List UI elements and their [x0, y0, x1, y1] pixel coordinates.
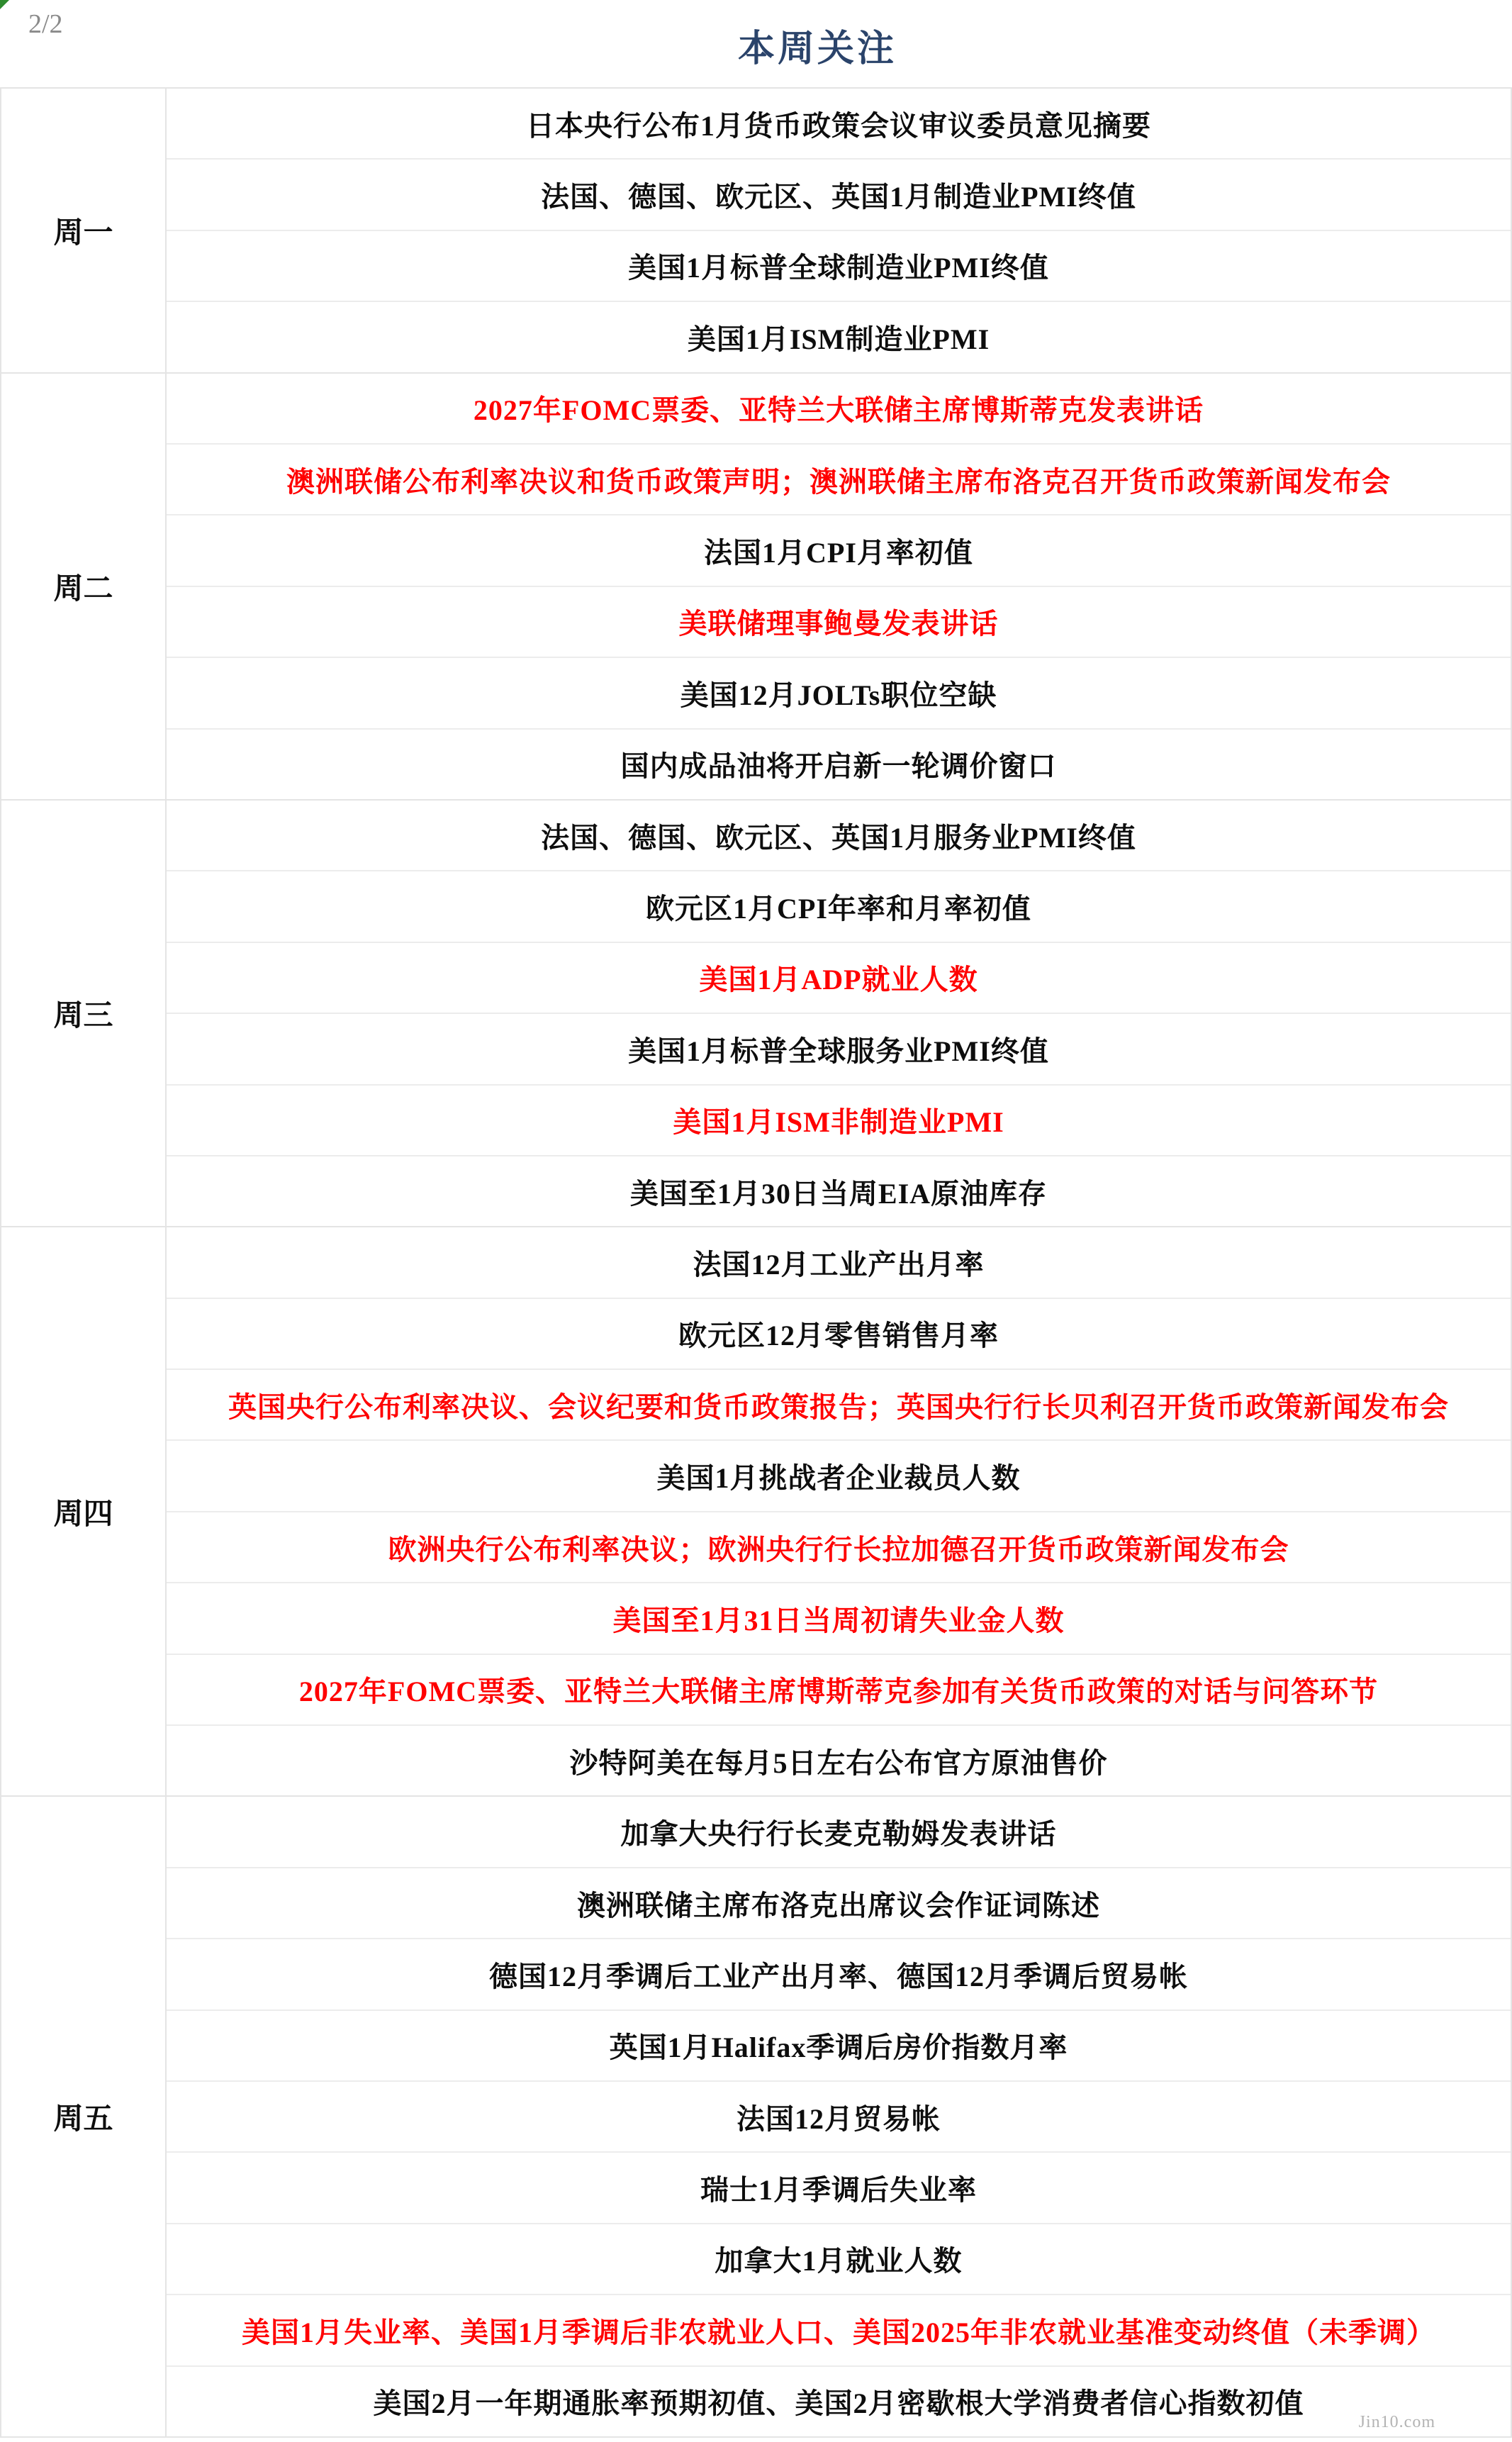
event-text: 加拿大1月就业人数 — [715, 2238, 963, 2279]
page-header: 2/2 本周关注 — [0, 0, 1512, 87]
event-row: 欧洲央行公布利率决议；欧洲央行行长拉加德召开货币政策新闻发布会 — [167, 1512, 1511, 1583]
section-tuesday: 周二2027年FOMC票委、亚特兰大联储主席博斯蒂克发表讲话澳洲联储公布利率决议… — [1, 374, 1511, 801]
event-row: 沙特阿美在每月5日左右公布官方原油售价 — [167, 1726, 1511, 1795]
event-row: 澳洲联储公布利率决议和货币政策声明；澳洲联储主席布洛克召开货币政策新闻发布会 — [167, 445, 1511, 515]
day-label-thursday: 周四 — [1, 1227, 167, 1795]
event-text: 沙特阿美在每月5日左右公布官方原油售价 — [570, 1741, 1108, 1781]
event-row: 美国2月一年期通胀率预期初值、美国2月密歇根大学消费者信心指数初值 — [167, 2367, 1511, 2436]
event-text: 澳洲联储主席布洛克出席议会作证词陈述 — [577, 1883, 1100, 1924]
event-text: 美国1月标普全球服务业PMI终值 — [628, 1029, 1049, 1069]
event-text-highlighted: 美国1月ADP就业人数 — [699, 957, 978, 998]
event-text: 英国1月Halifax季调后房价指数月率 — [610, 2025, 1068, 2065]
section-monday: 周一日本央行公布1月货币政策会议审议委员意见摘要法国、德国、欧元区、英国1月制造… — [1, 89, 1511, 374]
event-text: 法国12月贸易帐 — [737, 2097, 941, 2137]
event-text: 欧元区12月零售销售月率 — [678, 1313, 999, 1354]
day-label-monday: 周一 — [1, 89, 167, 372]
event-text-highlighted: 美国1月ISM非制造业PMI — [673, 1100, 1004, 1140]
event-row: 法国12月贸易帐 — [167, 2082, 1511, 2153]
event-text: 国内成品油将开启新一轮调价窗口 — [621, 744, 1057, 784]
event-text: 美国12月JOLTs职位空缺 — [681, 673, 997, 713]
page-number: 2/2 — [28, 9, 63, 40]
section-thursday: 周四法国12月工业产出月率欧元区12月零售销售月率英国央行公布利率决议、会议纪要… — [1, 1227, 1511, 1797]
event-text: 法国12月工业产出月率 — [693, 1242, 985, 1283]
day-label-friday: 周五 — [1, 1797, 167, 2436]
event-row: 美国1月ISM制造业PMI — [167, 302, 1511, 372]
event-row: 2027年FOMC票委、亚特兰大联储主席博斯蒂克参加有关货币政策的对话与问答环节 — [167, 1655, 1511, 1726]
event-text: 日本央行公布1月货币政策会议审议委员意见摘要 — [526, 104, 1151, 144]
event-row: 法国1月CPI月率初值 — [167, 515, 1511, 586]
event-text-highlighted: 2027年FOMC票委、亚特兰大联储主席博斯蒂克参加有关货币政策的对话与问答环节 — [299, 1669, 1378, 1710]
event-text-highlighted: 英国央行公布利率决议、会议纪要和货币政策报告；英国央行行长贝利召开货币政策新闻发… — [228, 1385, 1449, 1425]
event-row: 瑞士1月季调后失业率 — [167, 2153, 1511, 2224]
event-row: 英国央行公布利率决议、会议纪要和货币政策报告；英国央行行长贝利召开货币政策新闻发… — [167, 1370, 1511, 1441]
event-text: 瑞士1月季调后失业率 — [700, 2168, 977, 2208]
event-text: 德国12月季调后工业产出月率、德国12月季调后贸易帐 — [489, 1954, 1188, 1995]
event-row: 美国至1月30日当周EIA原油库存 — [167, 1156, 1511, 1226]
event-text: 美国1月标普全球制造业PMI终值 — [628, 245, 1049, 286]
section-friday: 周五加拿大央行行长麦克勒姆发表讲话澳洲联储主席布洛克出席议会作证词陈述德国12月… — [1, 1797, 1511, 2438]
event-row: 欧元区1月CPI年率和月率初值 — [167, 871, 1511, 942]
event-text: 美国1月ISM制造业PMI — [688, 317, 990, 357]
event-row: 美国1月ISM非制造业PMI — [167, 1086, 1511, 1156]
event-row: 美国1月失业率、美国1月季调后非农就业人口、美国2025年非农就业基准变动终值（… — [167, 2295, 1511, 2366]
event-text-highlighted: 美国至1月31日当周初请失业金人数 — [613, 1598, 1065, 1639]
event-row: 美国1月标普全球制造业PMI终值 — [167, 231, 1511, 302]
event-row: 加拿大1月就业人数 — [167, 2224, 1511, 2295]
event-text-highlighted: 欧洲央行公布利率决议；欧洲央行行长拉加德召开货币政策新闻发布会 — [388, 1527, 1289, 1568]
event-text: 美国2月一年期通胀率预期初值、美国2月密歇根大学消费者信心指数初值 — [374, 2381, 1304, 2421]
event-row: 法国、德国、欧元区、英国1月服务业PMI终值 — [167, 801, 1511, 871]
event-text: 欧元区1月CPI年率和月率初值 — [646, 886, 1031, 927]
event-text-highlighted: 澳洲联储公布利率决议和货币政策声明；澳洲联储主席布洛克召开货币政策新闻发布会 — [286, 459, 1391, 500]
event-row: 欧元区12月零售销售月率 — [167, 1299, 1511, 1370]
event-row: 美国12月JOLTs职位空缺 — [167, 658, 1511, 729]
event-row: 国内成品油将开启新一轮调价窗口 — [167, 730, 1511, 799]
event-row: 日本央行公布1月货币政策会议审议委员意见摘要 — [167, 89, 1511, 160]
day-label-tuesday: 周二 — [1, 374, 167, 799]
event-text: 法国、德国、欧元区、英国1月服务业PMI终值 — [541, 815, 1136, 856]
event-row: 英国1月Halifax季调后房价指数月率 — [167, 2011, 1511, 2082]
event-row: 法国12月工业产出月率 — [167, 1227, 1511, 1298]
event-row: 美联储理事鲍曼发表讲话 — [167, 587, 1511, 658]
page-title: 本周关注 — [165, 18, 1469, 72]
event-row: 法国、德国、欧元区、英国1月制造业PMI终值 — [167, 160, 1511, 230]
event-row: 美国1月ADP就业人数 — [167, 943, 1511, 1014]
event-row: 美国至1月31日当周初请失业金人数 — [167, 1583, 1511, 1654]
day-label-wednesday: 周三 — [1, 801, 167, 1226]
watermark: Jin10.com — [1359, 2413, 1435, 2432]
event-row: 澳洲联储主席布洛克出席议会作证词陈述 — [167, 1868, 1511, 1939]
event-row: 美国1月挑战者企业裁员人数 — [167, 1441, 1511, 1512]
event-text-highlighted: 美国1月失业率、美国1月季调后非农就业人口、美国2025年非农就业基准变动终值（… — [242, 2310, 1435, 2351]
event-text-highlighted: 美联储理事鲍曼发表讲话 — [679, 601, 999, 642]
event-row: 2027年FOMC票委、亚特兰大联储主席博斯蒂克发表讲话 — [167, 374, 1511, 445]
event-text: 美国1月挑战者企业裁员人数 — [657, 1456, 1021, 1496]
section-wednesday: 周三法国、德国、欧元区、英国1月服务业PMI终值欧元区1月CPI年率和月率初值美… — [1, 801, 1511, 1227]
event-row: 加拿大央行行长麦克勒姆发表讲话 — [167, 1797, 1511, 1868]
event-text-highlighted: 2027年FOMC票委、亚特兰大联储主席博斯蒂克发表讲话 — [474, 388, 1204, 428]
event-text: 美国至1月30日当周EIA原油库存 — [630, 1171, 1047, 1212]
event-row: 德国12月季调后工业产出月率、德国12月季调后贸易帐 — [167, 1939, 1511, 2010]
event-text: 法国、德国、欧元区、英国1月制造业PMI终值 — [541, 174, 1136, 215]
event-text: 加拿大央行行长麦克勒姆发表讲话 — [621, 1812, 1057, 1852]
event-text: 法国1月CPI月率初值 — [704, 530, 973, 571]
event-row: 美国1月标普全球服务业PMI终值 — [167, 1014, 1511, 1085]
weekly-focus-page: 2/2 本周关注 周一日本央行公布1月货币政策会议审议委员意见摘要法国、德国、欧… — [0, 0, 1512, 2442]
week-focus-table: 周一日本央行公布1月货币政策会议审议委员意见摘要法国、德国、欧元区、英国1月制造… — [0, 87, 1512, 2438]
